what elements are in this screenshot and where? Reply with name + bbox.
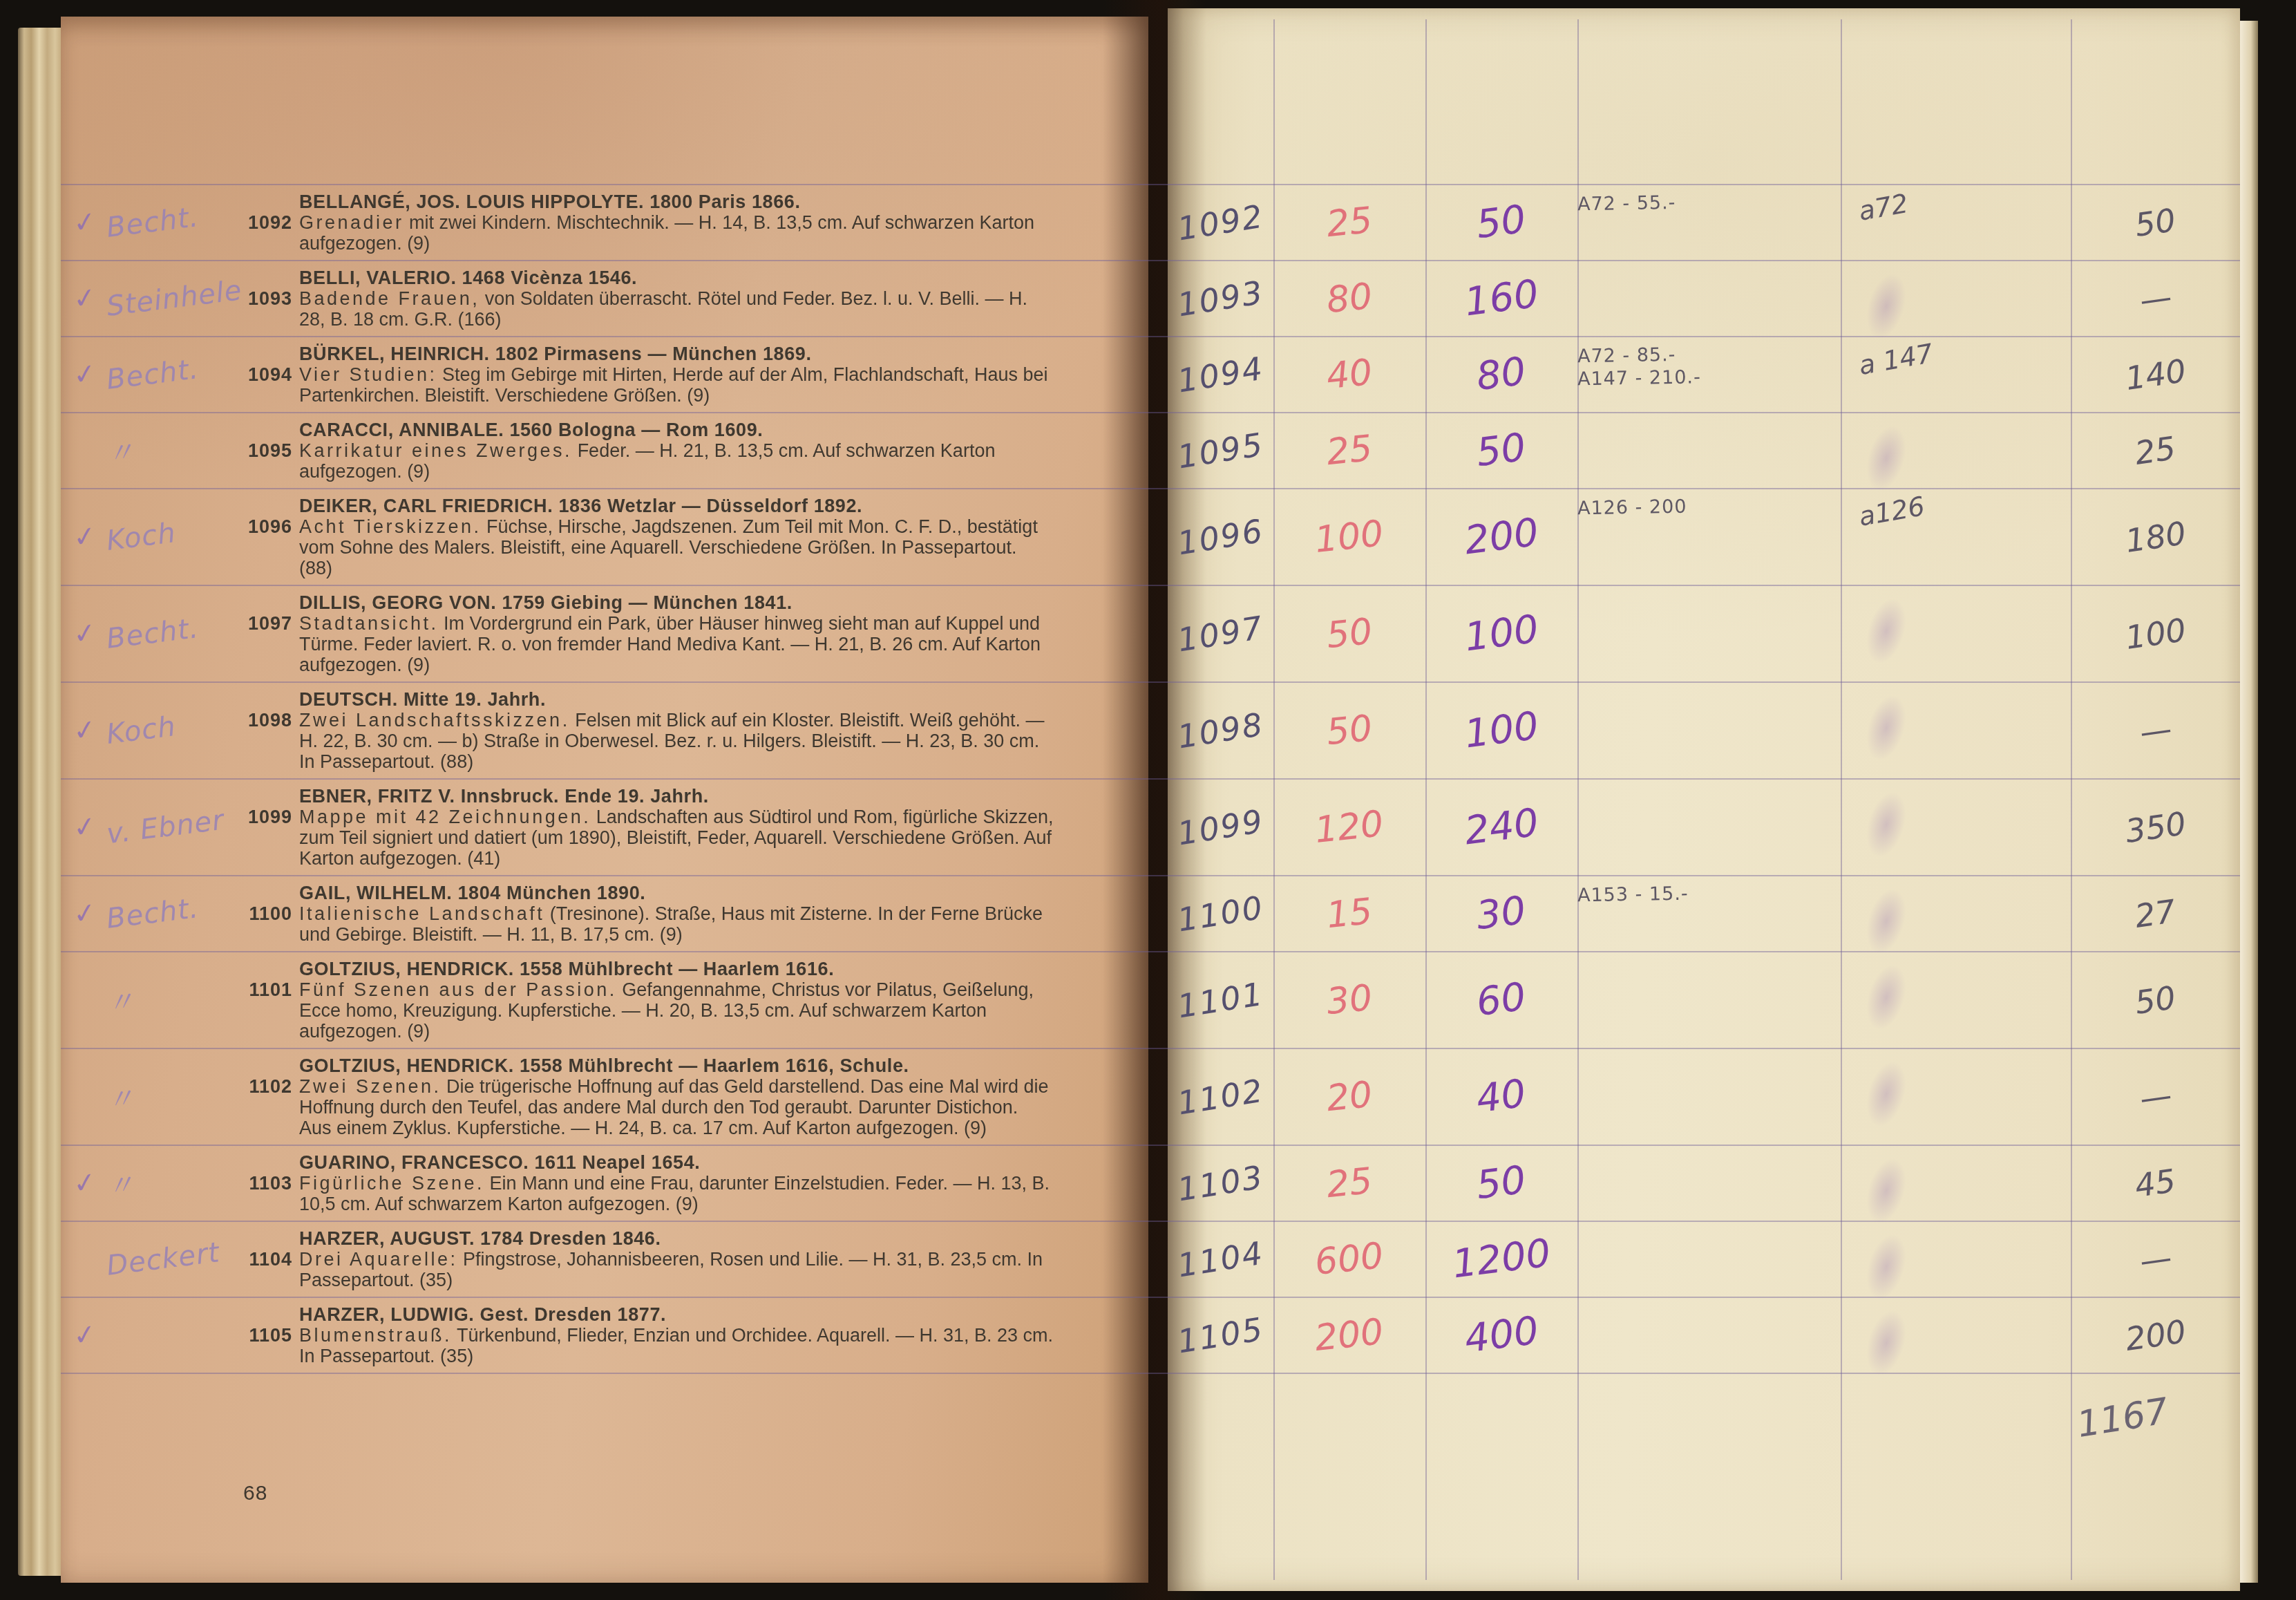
lot-description: Figürliche Szene. Ein Mann und eine Frau… — [299, 1173, 1054, 1214]
ledger-lot-number: 1100 — [1168, 883, 1273, 945]
margin-annotation: ✓ Becht. — [61, 191, 234, 254]
buyer-name-annotation: Becht. — [104, 353, 200, 396]
page-edge — [2240, 21, 2258, 1583]
catalog-reference — [1841, 592, 2071, 675]
lot-entry: BELLANGÉ, JOS. LOUIS HIPPOLYTE. 1800 Par… — [299, 191, 1066, 254]
auction-reference-notes — [1577, 1228, 1841, 1290]
margin-annotation: ✓ Koch — [61, 689, 234, 772]
lot-description: Grenadier mit zwei Kindern. Mischtechnik… — [299, 212, 1054, 254]
lot-description: Mappe mit 42 Zeichnungen. Landschaften a… — [299, 807, 1054, 869]
result-price-pencil: 27 — [2071, 883, 2240, 945]
margin-annotation: ✓ Steinhele — [61, 267, 234, 330]
lot-entry: GOLTZIUS, HENDRICK. 1558 Mühlbrecht — Ha… — [299, 959, 1066, 1042]
hammer-price-purple: 200 — [1425, 496, 1577, 578]
gutter-spacer — [1066, 1152, 1168, 1214]
lot-number: 1094 — [234, 343, 299, 406]
auction-reference-notes — [1577, 267, 1841, 330]
catalog-scan: ✓ Becht. 1092 BELLANGÉ, JOS. LOUIS HIPPO… — [0, 0, 2296, 1600]
hammer-price-purple: 160 — [1425, 267, 1577, 330]
lot-entry: BELLI, VALERIO. 1468 Vicènza 1546. Baden… — [299, 267, 1066, 330]
buyer-name-annotation: Steinhele — [104, 274, 243, 323]
buyer-name-annotation: v. Ebner — [104, 804, 225, 850]
gutter-spacer — [1066, 496, 1168, 578]
auction-reference-notes: A126 - 200 — [1577, 496, 1841, 578]
gutter-spacer — [1066, 1304, 1168, 1366]
buyer-name-annotation: Koch — [104, 517, 177, 557]
limit-price-red: 200 — [1273, 1304, 1425, 1366]
artist-heading: GUARINO, FRANCESCO. 1611 Neapel 1654. — [299, 1152, 1054, 1173]
catalog-reference — [1841, 786, 2071, 869]
book-page-edges — [18, 28, 62, 1576]
catalog-reference — [1841, 1055, 2071, 1138]
margin-annotation: ✓ Deckert — [61, 1228, 234, 1290]
artist-heading: DILLIS, GEORG VON. 1759 Giebing — Münche… — [299, 592, 1054, 613]
checkmark-icon: ✓ — [71, 812, 98, 843]
catalog-reference — [1841, 420, 2071, 482]
artist-heading: CARACCI, ANNIBALE. 1560 Bologna — Rom 16… — [299, 420, 1054, 440]
ledger-lot-number: 1099 — [1168, 786, 1273, 869]
checkmark-icon: ✓ — [71, 1168, 98, 1198]
catalog-row: ✓ Steinhele 1093 BELLI, VALERIO. 1468 Vi… — [61, 261, 2240, 337]
title-letterspaced: Badende Frauen, — [299, 288, 480, 309]
buyer-name-annotation: Koch — [104, 710, 177, 751]
description-text: mit zwei Kindern. Mischtechnik. — H. 14,… — [299, 212, 1034, 254]
title-letterspaced: Zwei Landschaftsskizzen. — [299, 710, 570, 731]
title-letterspaced: Acht Tierskizzen. — [299, 516, 482, 537]
artist-heading: BELLI, VALERIO. 1468 Vicènza 1546. — [299, 267, 1054, 288]
catalog-reference — [1841, 267, 2071, 330]
lot-number: 1097 — [234, 592, 299, 675]
auction-reference-notes — [1577, 959, 1841, 1042]
limit-price-red: 120 — [1273, 786, 1425, 869]
auction-reference-notes: A72 - 55.- — [1577, 191, 1841, 254]
lot-number: 1093 — [234, 267, 299, 330]
title-letterspaced: Italienische Landschaft — [299, 903, 544, 924]
buyer-name-annotation: Becht. — [104, 892, 200, 935]
lot-entry: DEIKER, CARL FRIEDRICH. 1836 Wetzlar — D… — [299, 496, 1066, 578]
margin-annotation: ✓ Koch — [61, 496, 234, 578]
page-number: 68 — [243, 1482, 267, 1505]
catalog-row: ✓ 〃 1095 CARACCI, ANNIBALE. 1560 Bologna… — [61, 413, 2240, 489]
gutter-spacer — [1066, 883, 1168, 945]
catalog-row: ✓ 1105 HARZER, LUDWIG. Gest. Dresden 187… — [61, 1298, 2240, 1374]
hammer-price-purple: 30 — [1425, 883, 1577, 945]
lot-description: Blumenstrauß. Türkenbund, Flieder, Enzia… — [299, 1325, 1054, 1366]
catalog-row: ✓ 〃 1102 GOLTZIUS, HENDRICK. 1558 Mühlbr… — [61, 1049, 2240, 1146]
catalog-reference — [1841, 1152, 2071, 1214]
title-letterspaced: Mappe mit 42 Zeichnungen. — [299, 807, 591, 827]
catalog-reference: a72 — [1841, 191, 2071, 254]
limit-price-red: 80 — [1273, 267, 1425, 330]
checkmark-icon: ✓ — [71, 715, 98, 746]
result-price-pencil: 200 — [2071, 1304, 2240, 1366]
checkmark-icon: ✓ — [71, 619, 98, 649]
lot-description: Badende Frauen, von Soldaten überrascht.… — [299, 288, 1054, 330]
title-letterspaced: Figürliche Szene. — [299, 1173, 484, 1194]
artist-heading: GOLTZIUS, HENDRICK. 1558 Mühlbrecht — Ha… — [299, 1055, 1054, 1076]
catalog-row: ✓ Becht. 1092 BELLANGÉ, JOS. LOUIS HIPPO… — [61, 185, 2240, 261]
auction-reference-notes: A153 - 15.- — [1577, 883, 1841, 945]
result-price-pencil: — — [2071, 689, 2240, 772]
artist-heading: BÜRKEL, HEINRICH. 1802 Pirmasens — Münch… — [299, 343, 1054, 364]
lot-description: Karrikatur eines Zwerges. Feder. — H. 21… — [299, 440, 1054, 482]
ledger-lot-number: 1097 — [1168, 592, 1273, 675]
result-price-pencil: 180 — [2071, 496, 2240, 578]
hammer-price-purple: 80 — [1425, 343, 1577, 406]
gutter-spacer — [1066, 343, 1168, 406]
lot-number: 1100 — [234, 883, 299, 945]
ledger-lot-number: 1103 — [1168, 1152, 1273, 1214]
title-letterspaced: Grenadier — [299, 212, 404, 233]
lot-number: 1098 — [234, 689, 299, 772]
hammer-price-purple: 50 — [1425, 191, 1577, 254]
result-price-pencil: 50 — [2071, 959, 2240, 1042]
ledger-lot-number: 1098 — [1168, 689, 1273, 772]
gutter-spacer — [1066, 420, 1168, 482]
artist-heading: GAIL, WILHELM. 1804 München 1890. — [299, 883, 1054, 903]
artist-heading: EBNER, FRITZ V. Innsbruck. Ende 19. Jahr… — [299, 786, 1054, 807]
limit-price-red: 25 — [1273, 1152, 1425, 1214]
limit-price-red: 25 — [1273, 420, 1425, 482]
gutter-spacer — [1066, 959, 1168, 1042]
ledger-lot-number: 1092 — [1168, 191, 1273, 254]
artist-heading: DEUTSCH. Mitte 19. Jahrh. — [299, 689, 1054, 710]
gutter-spacer — [1066, 592, 1168, 675]
lot-description: Fünf Szenen aus der Passion. Gefangennah… — [299, 979, 1054, 1042]
catalog-reference — [1841, 1304, 2071, 1366]
ledger-lot-number: 1104 — [1168, 1228, 1273, 1290]
ledger-lot-number: 1102 — [1168, 1055, 1273, 1138]
gutter-spacer — [1066, 267, 1168, 330]
catalog-row: ✓ Becht. 1100 GAIL, WILHELM. 1804 Münche… — [61, 876, 2240, 952]
gutter-spacer — [1066, 191, 1168, 254]
auction-reference-notes — [1577, 1055, 1841, 1138]
artist-heading: HARZER, AUGUST. 1784 Dresden 1846. — [299, 1228, 1054, 1249]
hammer-price-purple: 60 — [1425, 959, 1577, 1042]
lot-number: 1095 — [234, 420, 299, 482]
limit-price-red: 20 — [1273, 1055, 1425, 1138]
lot-description: Acht Tierskizzen. Füchse, Hirsche, Jagds… — [299, 516, 1054, 578]
margin-annotation: ✓ — [61, 1304, 234, 1366]
artist-heading: HARZER, LUDWIG. Gest. Dresden 1877. — [299, 1304, 1054, 1325]
catalog-row: ✓ 〃 1101 GOLTZIUS, HENDRICK. 1558 Mühlbr… — [61, 952, 2240, 1049]
title-letterspaced: Zwei Szenen. — [299, 1076, 442, 1097]
catalog-reference — [1841, 689, 2071, 772]
catalog-row: ✓ Deckert 1104 HARZER, AUGUST. 1784 Dres… — [61, 1222, 2240, 1298]
lot-description: Zwei Szenen. Die trügerische Hoffnung au… — [299, 1076, 1054, 1138]
gutter-spacer — [1066, 786, 1168, 869]
catalog-reference: a 147 — [1841, 343, 2071, 406]
auction-reference-notes — [1577, 786, 1841, 869]
gutter-spacer — [1066, 1055, 1168, 1138]
auction-reference-notes — [1577, 1152, 1841, 1214]
buyer-name-annotation: 〃 — [104, 429, 137, 472]
auction-reference-notes — [1577, 592, 1841, 675]
ledger-lot-number: 1094 — [1168, 343, 1273, 406]
buyer-name-annotation: 〃 — [104, 1162, 137, 1205]
limit-price-red: 30 — [1273, 959, 1425, 1042]
buyer-name-annotation: 〃 — [104, 979, 137, 1022]
result-price-pencil: 350 — [2071, 786, 2240, 869]
lot-entry: HARZER, LUDWIG. Gest. Dresden 1877. Blum… — [299, 1304, 1066, 1366]
auction-reference-notes — [1577, 420, 1841, 482]
limit-price-red: 50 — [1273, 689, 1425, 772]
lot-number: 1102 — [234, 1055, 299, 1138]
hammer-price-purple: 100 — [1425, 592, 1577, 675]
lot-number: 1092 — [234, 191, 299, 254]
lot-entry: EBNER, FRITZ V. Innsbruck. Ende 19. Jahr… — [299, 786, 1066, 869]
title-letterspaced: Drei Aquarelle: — [299, 1249, 458, 1270]
catalog-row: ✓ v. Ebner 1099 EBNER, FRITZ V. Innsbruc… — [61, 780, 2240, 876]
ledger-lot-number: 1101 — [1168, 959, 1273, 1042]
lot-number: 1096 — [234, 496, 299, 578]
lot-description: Zwei Landschaftsskizzen. Felsen mit Blic… — [299, 710, 1054, 772]
margin-annotation: ✓ 〃 — [61, 1055, 234, 1138]
limit-price-red: 15 — [1273, 883, 1425, 945]
result-price-pencil: 140 — [2071, 343, 2240, 406]
result-price-pencil: — — [2071, 1055, 2240, 1138]
lot-number: 1099 — [234, 786, 299, 869]
catalog-row: ✓ Koch 1096 DEIKER, CARL FRIEDRICH. 1836… — [61, 489, 2240, 586]
catalog-row: ✓ 〃 1103 GUARINO, FRANCESCO. 1611 Neapel… — [61, 1146, 2240, 1222]
limit-price-red: 50 — [1273, 592, 1425, 675]
title-letterspaced: Stadtansicht. — [299, 613, 439, 634]
limit-price-red: 100 — [1273, 496, 1425, 578]
lot-entry: GUARINO, FRANCESCO. 1611 Neapel 1654. Fi… — [299, 1152, 1066, 1214]
lot-entry: GAIL, WILHELM. 1804 München 1890. Italie… — [299, 883, 1066, 945]
artist-heading: DEIKER, CARL FRIEDRICH. 1836 Wetzlar — D… — [299, 496, 1054, 516]
margin-annotation: ✓ 〃 — [61, 420, 234, 482]
lot-description: Drei Aquarelle: Pfingstrose, Johannisbee… — [299, 1249, 1054, 1290]
checkmark-icon: ✓ — [71, 522, 98, 552]
lot-entry: HARZER, AUGUST. 1784 Dresden 1846. Drei … — [299, 1228, 1066, 1290]
lot-description: Italienische Landschaft (Tresinone). Str… — [299, 903, 1054, 945]
lot-entry: DEUTSCH. Mitte 19. Jahrh. Zwei Landschaf… — [299, 689, 1066, 772]
ledger-lot-number: 1096 — [1168, 496, 1273, 578]
hammer-price-purple: 1200 — [1425, 1228, 1577, 1290]
hammer-price-purple: 240 — [1425, 786, 1577, 869]
margin-annotation: ✓ Becht. — [61, 883, 234, 945]
result-price-pencil: — — [2071, 1228, 2240, 1290]
catalog-reference — [1841, 959, 2071, 1042]
hammer-price-purple: 400 — [1425, 1304, 1577, 1366]
limit-price-red: 600 — [1273, 1228, 1425, 1290]
catalog-row: ✓ Becht. 1094 BÜRKEL, HEINRICH. 1802 Pir… — [61, 337, 2240, 413]
lot-entry: DILLIS, GEORG VON. 1759 Giebing — Münche… — [299, 592, 1066, 675]
title-letterspaced: Karrikatur eines Zwerges. — [299, 440, 572, 461]
hammer-price-purple: 100 — [1425, 689, 1577, 772]
auction-reference-notes — [1577, 689, 1841, 772]
auction-reference-notes: A72 - 85.-A147 - 210.- — [1577, 343, 1841, 406]
checkmark-icon: ✓ — [71, 898, 98, 929]
checkmark-icon: ✓ — [71, 1320, 98, 1350]
margin-annotation: ✓ 〃 — [61, 1152, 234, 1214]
buyer-name-annotation: Becht. — [104, 612, 200, 655]
lot-number: 1101 — [234, 959, 299, 1042]
gutter-spacer — [1066, 1228, 1168, 1290]
lot-number: 1105 — [234, 1304, 299, 1366]
auction-reference-notes — [1577, 1304, 1841, 1366]
ledger-lot-number: 1095 — [1168, 420, 1273, 482]
hammer-price-purple: 40 — [1425, 1055, 1577, 1138]
lot-number: 1104 — [234, 1228, 299, 1290]
ledger-lot-number: 1105 — [1168, 1304, 1273, 1366]
catalog-row: ✓ Koch 1098 DEUTSCH. Mitte 19. Jahrh. Zw… — [61, 683, 2240, 780]
result-price-pencil: 100 — [2071, 592, 2240, 675]
ledger-lot-number: 1093 — [1168, 267, 1273, 330]
margin-annotation: ✓ Becht. — [61, 343, 234, 406]
title-letterspaced: Vier Studien: — [299, 364, 437, 385]
checkmark-icon: ✓ — [71, 283, 98, 314]
lot-entry: BÜRKEL, HEINRICH. 1802 Pirmasens — Münch… — [299, 343, 1066, 406]
lot-entry: GOLTZIUS, HENDRICK. 1558 Mühlbrecht — Ha… — [299, 1055, 1066, 1138]
catalog-reference — [1841, 1228, 2071, 1290]
gutter-spacer — [1066, 689, 1168, 772]
checkmark-icon: ✓ — [71, 207, 98, 238]
buyer-name-annotation: Deckert — [104, 1236, 221, 1282]
lot-entry: CARACCI, ANNIBALE. 1560 Bologna — Rom 16… — [299, 420, 1066, 482]
hammer-price-purple: 50 — [1425, 1152, 1577, 1214]
lot-number: 1103 — [234, 1152, 299, 1214]
result-price-pencil: 50 — [2071, 191, 2240, 254]
title-letterspaced: Fünf Szenen aus der Passion. — [299, 979, 617, 1000]
result-price-pencil: — — [2071, 267, 2240, 330]
catalog-row: ✓ Becht. 1097 DILLIS, GEORG VON. 1759 Gi… — [61, 586, 2240, 683]
buyer-name-annotation: 〃 — [104, 1075, 137, 1118]
result-price-pencil: 45 — [2071, 1152, 2240, 1214]
limit-price-red: 40 — [1273, 343, 1425, 406]
hammer-price-purple: 50 — [1425, 420, 1577, 482]
catalog-reference: a126 — [1841, 496, 2071, 578]
buyer-name-annotation: Becht. — [104, 201, 200, 244]
limit-price-red: 25 — [1273, 191, 1425, 254]
result-price-pencil: 25 — [2071, 420, 2240, 482]
checkmark-icon: ✓ — [71, 359, 98, 390]
entry-rows: ✓ Becht. 1092 BELLANGÉ, JOS. LOUIS HIPPO… — [61, 184, 2240, 1374]
lot-description: Vier Studien: Steg im Gebirge mit Hirten… — [299, 364, 1054, 406]
title-letterspaced: Blumenstrauß. — [299, 1325, 452, 1346]
margin-annotation: ✓ Becht. — [61, 592, 234, 675]
artist-heading: BELLANGÉ, JOS. LOUIS HIPPOLYTE. 1800 Par… — [299, 191, 1054, 212]
catalog-reference — [1841, 883, 2071, 945]
margin-annotation: ✓ v. Ebner — [61, 786, 234, 869]
margin-annotation: ✓ 〃 — [61, 959, 234, 1042]
lot-description: Stadtansicht. Im Vordergrund ein Park, ü… — [299, 613, 1054, 675]
artist-heading: GOLTZIUS, HENDRICK. 1558 Mühlbrecht — Ha… — [299, 959, 1054, 979]
